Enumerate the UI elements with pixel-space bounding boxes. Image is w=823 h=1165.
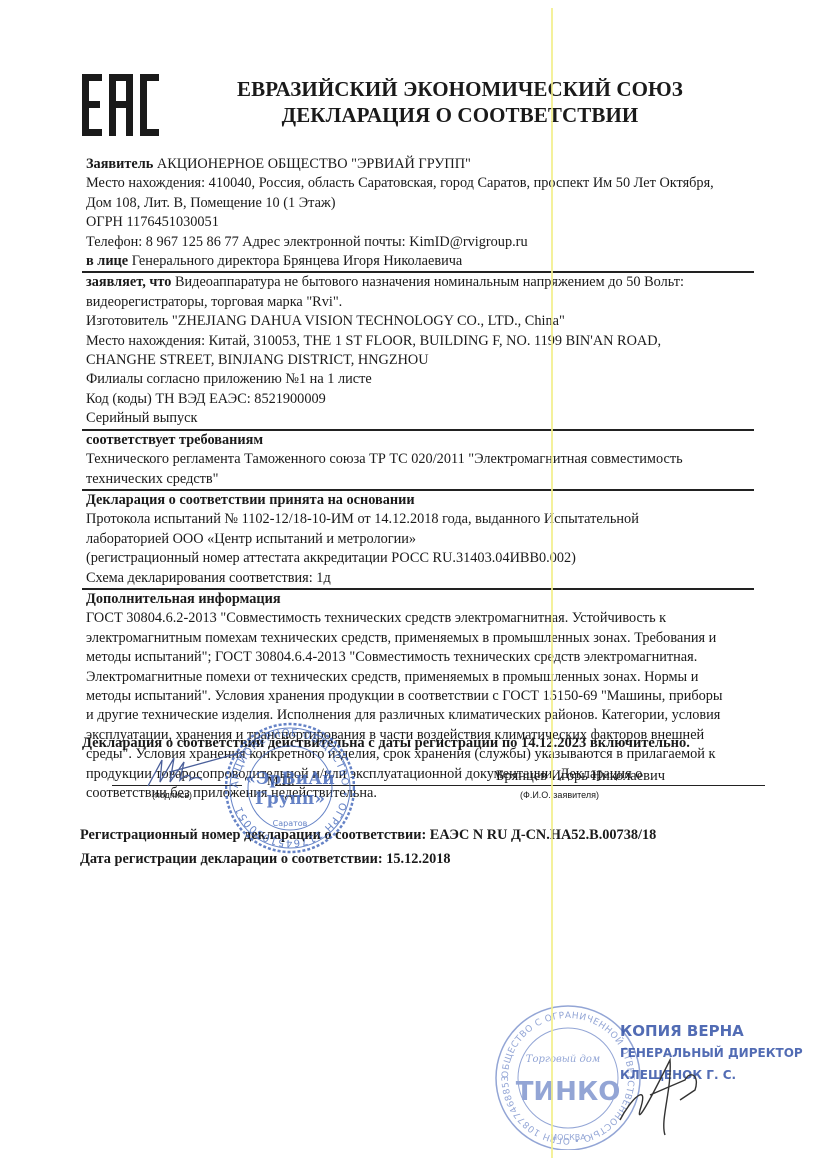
applicant-label: Заявитель bbox=[86, 156, 153, 172]
copy-true-label: КОПИЯ ВЕРНА bbox=[620, 1020, 803, 1042]
eac-logo bbox=[80, 74, 160, 136]
requirements-section: соответствует требованиям Технического р… bbox=[86, 431, 750, 489]
applicant-ogrn: ОГРН 1176451030051 bbox=[86, 213, 750, 232]
represented-by: Генерального директора Брянцева Игоря Ни… bbox=[132, 253, 463, 269]
test-protocol-1: Протокола испытаний № 1102-12/18-10-ИМ о… bbox=[86, 510, 750, 529]
basis-section: Декларация о соответствии принята на осн… bbox=[86, 491, 750, 588]
svg-text:Торговый дом: Торговый дом bbox=[526, 1054, 600, 1065]
applicant-section: Заявитель АКЦИОНЕРНОЕ ОБЩЕСТВО "ЭРВИАЙ Г… bbox=[86, 155, 750, 271]
product-description-2: видеорегистраторы, торговая марка "Rvi". bbox=[86, 293, 750, 312]
registration-date: Дата регистрации декларации о соответств… bbox=[80, 847, 656, 871]
declaration-title: ДЕКЛАРАЦИЯ О СООТВЕТСТВИИ bbox=[200, 102, 720, 128]
represented-label: в лице bbox=[86, 253, 128, 269]
scan-artifact-line bbox=[551, 8, 553, 1158]
additional-label: Дополнительная информация bbox=[86, 590, 750, 609]
manufacturer-address-1: Место нахождения: Китай, 310053, THE 1 S… bbox=[86, 332, 750, 351]
additional-line: Электромагнитные помехи от технических с… bbox=[86, 668, 750, 687]
accreditation-number: (регистрационный номер аттестата аккреди… bbox=[86, 549, 750, 568]
production-type: Серийный выпуск bbox=[86, 409, 750, 428]
applicant-signatory-name: Брянцев Игорь Николаевич bbox=[496, 768, 665, 785]
tn-ved-code: Код (коды) ТН ВЭД ЕАЭС: 8521900009 bbox=[86, 390, 750, 409]
registration-block: Регистрационный номер декларации о соотв… bbox=[80, 823, 656, 871]
basis-label: Декларация о соответствии принята на осн… bbox=[86, 491, 750, 510]
declaration-scheme: Схема декларирования соответствия: 1д bbox=[86, 569, 750, 588]
declaration-body: Заявитель АКЦИОНЕРНОЕ ОБЩЕСТВО "ЭРВИАЙ Г… bbox=[86, 155, 750, 803]
applicant-name: АКЦИОНЕРНОЕ ОБЩЕСТВО "ЭРВИАЙ ГРУПП" bbox=[157, 156, 471, 172]
applicant-address-2: Дом 108, Лит. В, Помещение 10 (1 Этаж) bbox=[86, 194, 750, 213]
svg-text:ТИНКО: ТИНКО bbox=[516, 1077, 621, 1107]
additional-line: методы испытаний"; ГОСТ 30804.6.4-2013 "… bbox=[86, 648, 750, 667]
applicant-contacts: Телефон: 8 967 125 86 77 Адрес электронн… bbox=[86, 233, 750, 252]
manufacturer-address-2: CHANGHE STREET, BINJIANG DISTRICT, HNGZH… bbox=[86, 351, 750, 370]
test-protocol-2: лабораторией ООО «Центр испытаний и метр… bbox=[86, 530, 750, 549]
validity-statement: Декларация о соответствии действительна … bbox=[82, 735, 690, 752]
branches: Филиалы согласно приложению №1 на 1 лист… bbox=[86, 370, 750, 389]
registration-number: Регистрационный номер декларации о соотв… bbox=[80, 823, 656, 847]
regulation-1: Технического регламента Таможенного союз… bbox=[86, 450, 750, 469]
director-signature-icon bbox=[610, 1040, 710, 1140]
name-caption: (Ф.И.О. заявителя) bbox=[520, 790, 599, 800]
manufacturer: Изготовитель "ZHEJIANG DAHUA VISION TECH… bbox=[86, 312, 750, 331]
eac-mark-icon bbox=[80, 74, 160, 136]
svg-text:МОСКВА: МОСКВА bbox=[550, 1133, 586, 1142]
document-header: ЕВРАЗИЙСКИЙ ЭКОНОМИЧЕСКИЙ СОЮЗ ДЕКЛАРАЦИ… bbox=[200, 76, 720, 128]
svg-text:Групп»: Групп» bbox=[255, 789, 325, 809]
additional-line: электромагнитным помехам технических сре… bbox=[86, 629, 750, 648]
applicant-address-1: Место нахождения: 410040, Россия, област… bbox=[86, 174, 750, 193]
product-description: Видеоаппаратура не бытового назначения н… bbox=[175, 274, 684, 290]
additional-line: ГОСТ 30804.6.2-2013 "Совместимость техни… bbox=[86, 609, 750, 628]
product-section: заявляет, что Видеоаппаратура не бытовог… bbox=[86, 273, 750, 428]
complies-label: соответствует требованиям bbox=[86, 431, 750, 450]
additional-line: и другие технические изделия. Исполнения… bbox=[86, 706, 750, 725]
union-title: ЕВРАЗИЙСКИЙ ЭКОНОМИЧЕСКИЙ СОЮЗ bbox=[200, 76, 720, 102]
declares-label: заявляет, что bbox=[86, 274, 171, 290]
signature-icon bbox=[140, 752, 260, 792]
additional-line: методы испытаний". Условия хранения прод… bbox=[86, 687, 750, 706]
regulation-2: технических средств" bbox=[86, 470, 750, 489]
svg-text:Саратов: Саратов bbox=[273, 819, 308, 828]
